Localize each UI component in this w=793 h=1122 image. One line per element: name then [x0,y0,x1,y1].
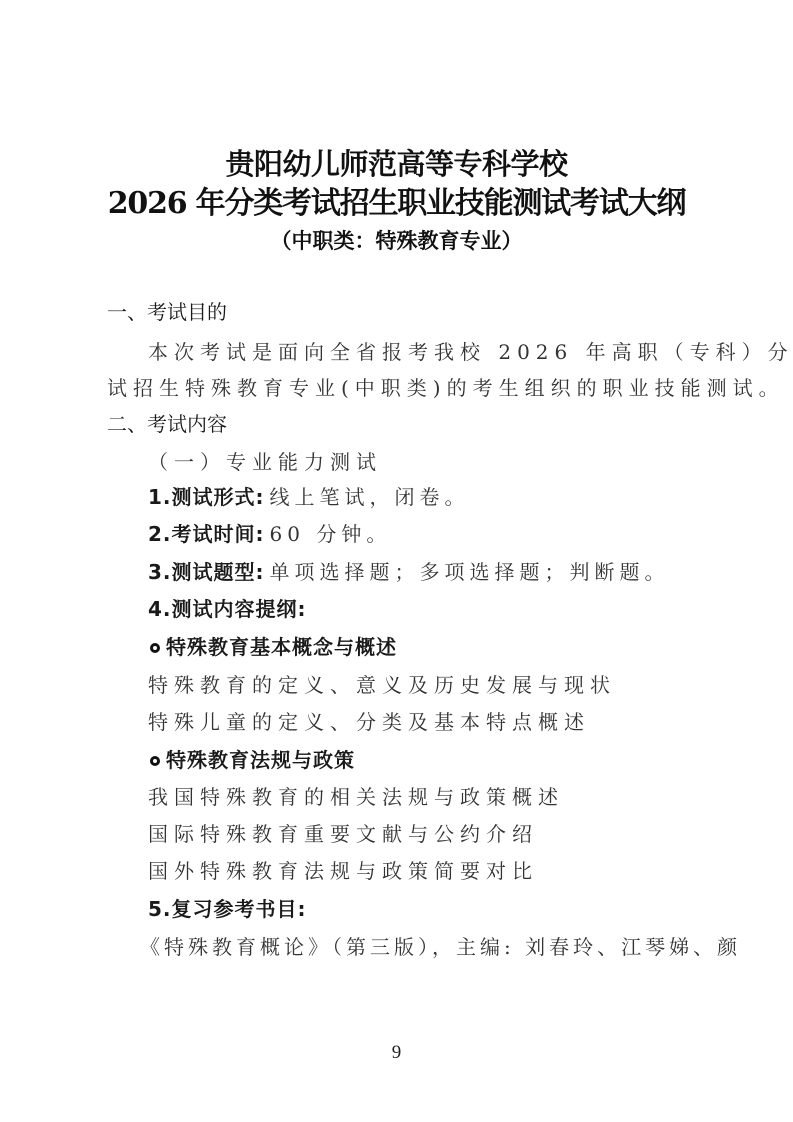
circle-bullet-icon [150,643,160,653]
circle-bullet-icon [150,756,160,766]
subsection-heading: （一）专业能力测试 [148,449,382,475]
paragraph-line: 本次考试是面向全省报考我校 2026 年高职（专科）分类考 [148,339,793,365]
topic-point: 特殊教育的定义、意义及历史发展与现状 [148,672,616,698]
document-subtitle: （中职类：特殊教育专业） [0,225,793,255]
document-title-school: 贵阳幼儿师范高等专科学校 [0,142,793,183]
item-label: 3.测试题型: [148,560,265,584]
section-heading-exam-content: 二、考试内容 [107,411,227,437]
list-item-test-format: 1.测试形式: 线上笔试，闭卷。 [148,484,470,511]
topic-heading-text: 特殊教育法规与政策 [166,748,355,772]
topic-point: 我国特殊教育的相关法规与政策概述 [148,784,564,810]
topic-point: 国外特殊教育法规与政策简要对比 [148,858,538,884]
section-heading-exam-purpose: 一、考试目的 [107,299,227,325]
paragraph-line: 试招生特殊教育专业(中职类)的考生组织的职业技能测试。 [107,375,785,401]
reference-book-line: 《特殊教育概论》（第三版），主编: 刘春玲、江琴娣、颜 [140,934,741,960]
item-label: 1.测试形式: [148,485,265,509]
topic-point: 国际特殊教育重要文献与公约介绍 [148,821,538,847]
item-label: 2.考试时间: [148,522,265,546]
document-title-main: 2026 年分类考试招生职业技能测试考试大纲 [0,178,793,222]
topic-heading: 特殊教育基本概念与概述 [150,634,397,660]
list-item-question-types: 3.测试题型: 单项选择题；多项选择题；判断题。 [148,559,670,586]
list-item-content-outline: 4.测试内容提纲: [148,596,307,622]
topic-heading-text: 特殊教育基本概念与概述 [166,635,397,659]
item-value: 60 分钟。 [270,522,392,546]
document-page: 贵阳幼儿师范高等专科学校 2026 年分类考试招生职业技能测试考试大纲 （中职类… [0,0,793,1122]
item-value: 单项选择题；多项选择题；判断题。 [270,560,670,584]
item-value: 线上笔试，闭卷。 [270,485,470,509]
list-item-exam-time: 2.考试时间: 60 分钟。 [148,521,391,548]
list-item-reference-books: 5.复习参考书目: [148,896,307,922]
topic-point: 特殊儿童的定义、分类及基本特点概述 [148,709,590,735]
page-number: 9 [0,1042,793,1064]
topic-heading: 特殊教育法规与政策 [150,747,355,773]
